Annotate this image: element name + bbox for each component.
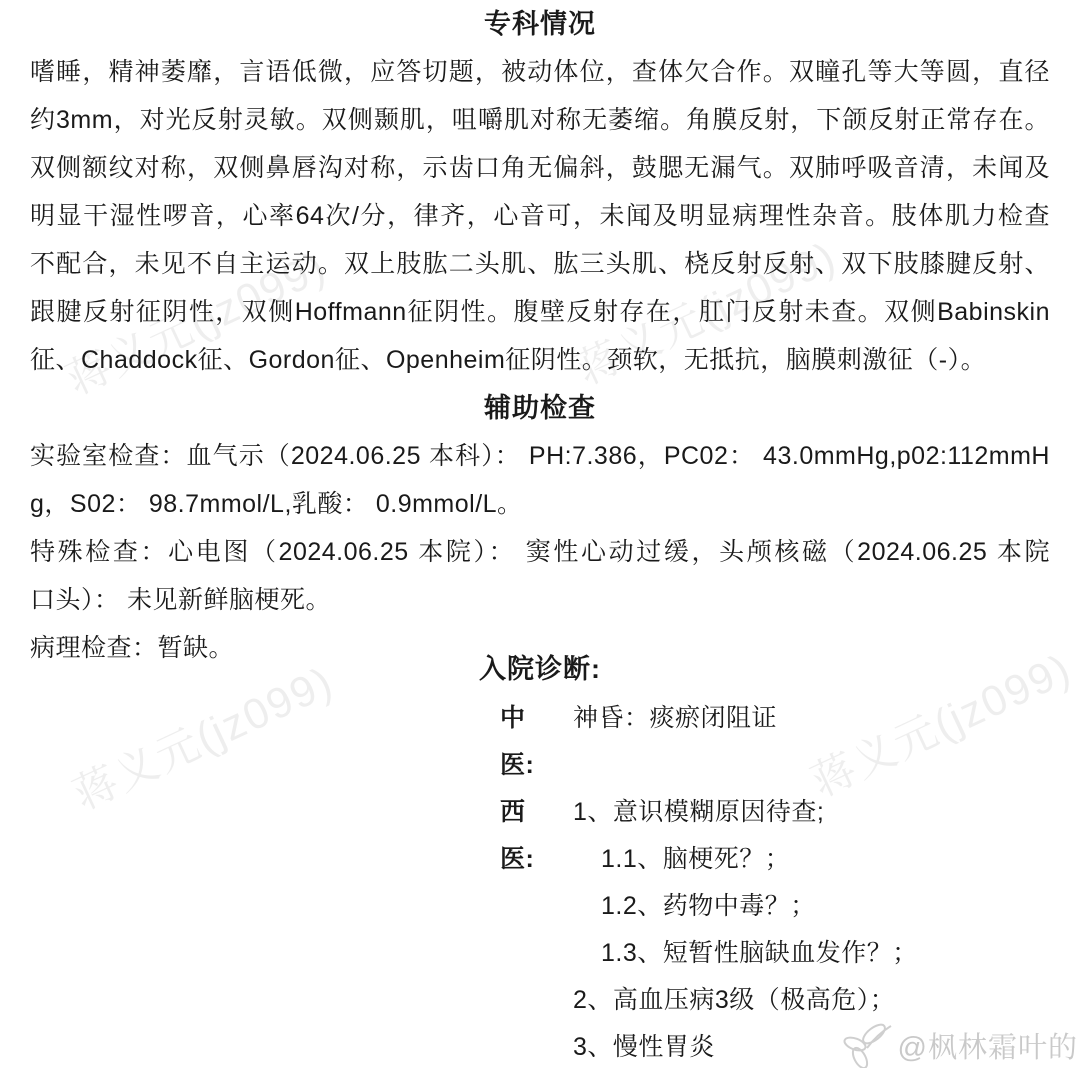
document-content: 专科情况 嗜睡，精神萎靡，言语低微，应答切题，被动体位，查体欠合作。双瞳孔等大等… <box>0 0 1080 1068</box>
diagnosis-row-text: 神昏：痰瘀闭阻证 <box>573 698 777 734</box>
diagnosis-row-label: 医: <box>500 839 573 875</box>
auxiliary-title: 辅助检查 <box>30 384 1050 432</box>
leaf-icon <box>843 1022 895 1068</box>
diagnosis-row-text: 1、意识模糊原因待查; <box>573 792 824 828</box>
specialty-line: 明显干湿性啰音，心率64次/分，律齐，心音可，未闻及明显病理性杂音。肢体肌力检查 <box>30 192 1050 240</box>
auxiliary-line: 特殊检查：心电图（2024.06.25 本院）： 窦性心动过缓，头颅核磁（202… <box>30 528 1050 576</box>
auxiliary-line: 口头）： 未见新鲜脑梗死。 <box>30 576 1050 624</box>
diagnosis-row: 1.2、药物中毒？； <box>500 880 1050 927</box>
auxiliary-line: 实验室检查：血气示（2024.06.25 本科）： PH:7.386，PC02：… <box>30 432 1050 480</box>
diagnosis-row-text: 1.3、短暂性脑缺血发作？； <box>573 933 918 969</box>
diagnosis-row: 医: <box>500 739 1050 786</box>
section-auxiliary: 辅助检查 实验室检查：血气示（2024.06.25 本科）： PH:7.386，… <box>30 384 1050 672</box>
diagnosis-row-label: 医: <box>500 745 573 781</box>
medical-record-page: 蒋义元(jz099) 蒋义元(jz099) 蒋义元(jz099) 蒋义元(jz0… <box>0 0 1080 1074</box>
diagnosis-row: 西 1、意识模糊原因待查; <box>500 786 1050 833</box>
specialty-line: 征、Chaddock征、Gordon征、Openheim征阴性。颈软，无抵抗，脑… <box>30 336 1050 384</box>
diagnosis-row-label: 西 <box>500 792 573 828</box>
credit-text: @枫林霜叶的 <box>898 1025 1078 1066</box>
specialty-line: 嗜睡，精神萎靡，言语低微，应答切题，被动体位，查体欠合作。双瞳孔等大等圆，直径 <box>30 48 1050 96</box>
diagnosis-row: 中 神昏：痰瘀闭阻证 <box>500 692 1050 739</box>
specialty-title: 专科情况 <box>30 0 1050 48</box>
specialty-line: 不配合，未见不自主运动。双上肢肱二头肌、肱三头肌、桡反射反射、双下肢膝腱反射、 <box>30 240 1050 288</box>
specialty-line: 跟腱反射征阴性，双侧Hoffmann征阴性。腹壁反射存在，肛门反射未查。双侧Ba… <box>30 288 1050 336</box>
section-diagnosis: 入院诊断: 中 神昏：痰瘀闭阻证 医: 西 1、意识模糊原因待查; 医: 1.1… <box>30 646 1050 1068</box>
diagnosis-row: 1.3、短暂性脑缺血发作？； <box>500 927 1050 974</box>
specialty-line: 双侧额纹对称，双侧鼻唇沟对称，示齿口角无偏斜，鼓腮无漏气。双肺呼吸音清，未闻及 <box>30 144 1050 192</box>
diagnosis-row-label: 中 <box>500 698 573 734</box>
credit-watermark: @枫林霜叶的 <box>843 1022 1078 1068</box>
diagnosis-rows: 中 神昏：痰瘀闭阻证 医: 西 1、意识模糊原因待查; 医: 1.1、脑梗死？； <box>500 692 1050 1068</box>
specialty-line: 约3mm，对光反射灵敏。双侧颞肌，咀嚼肌对称无萎缩。角膜反射，下颌反射正常存在。 <box>30 96 1050 144</box>
diagnosis-row-text: 1.1、脑梗死？； <box>573 839 790 875</box>
diagnosis-row: 医: 1.1、脑梗死？； <box>500 833 1050 880</box>
diagnosis-row: 2、高血压病3级（极高危）； <box>500 974 1050 1021</box>
diagnosis-row-text: 3、慢性胃炎 <box>573 1027 715 1063</box>
diagnosis-row-text: 1.2、药物中毒？； <box>573 886 816 922</box>
diagnosis-row-text: 2、高血压病3级（极高危）； <box>573 980 895 1016</box>
section-specialty: 专科情况 嗜睡，精神萎靡，言语低微，应答切题，被动体位，查体欠合作。双瞳孔等大等… <box>30 0 1050 384</box>
auxiliary-line: g，S02： 98.7mmol/L,乳酸： 0.9mmol/L。 <box>30 480 1050 528</box>
